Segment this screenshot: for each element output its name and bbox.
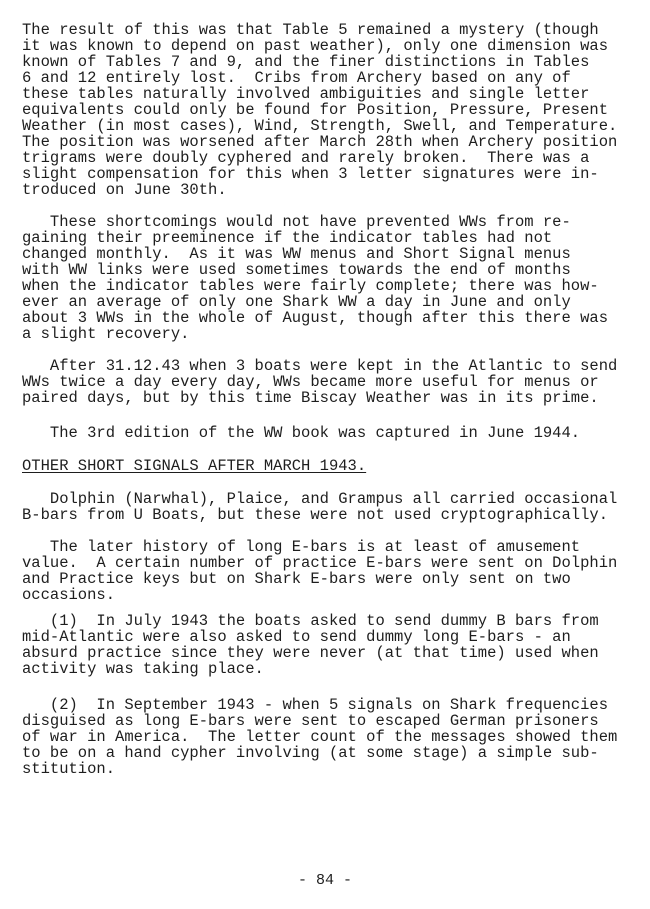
text-line: The 3rd edition of the WW book was captu… bbox=[22, 425, 642, 441]
text-line: known of Tables 7 and 9, and the finer d… bbox=[22, 54, 642, 70]
text-line: activity was taking place. bbox=[22, 661, 642, 677]
text-line: Weather (in most cases), Wind, Strength,… bbox=[22, 118, 642, 134]
text-line: OTHER SHORT SIGNALS AFTER MARCH 1943. bbox=[22, 458, 642, 474]
text-line: equivalents could only be found for Posi… bbox=[22, 102, 642, 118]
text-line: troduced on June 30th. bbox=[22, 182, 642, 198]
text-line: paired days, but by this time Biscay Wea… bbox=[22, 390, 642, 406]
text-line: 6 and 12 entirely lost. Cribs from Arche… bbox=[22, 70, 642, 86]
text-line: a slight recovery. bbox=[22, 326, 642, 342]
text-line: (1) In July 1943 the boats asked to send… bbox=[22, 613, 642, 629]
text-line: slight compensation for this when 3 lett… bbox=[22, 166, 642, 182]
paragraph-long-e-bars: The later history of long E-bars is at l… bbox=[22, 539, 642, 603]
text-line: of war in America. The letter count of t… bbox=[22, 729, 642, 745]
paragraph-3rd-edition: The 3rd edition of the WW book was captu… bbox=[22, 425, 642, 441]
paragraph-shortcomings: These shortcomings would not have preven… bbox=[22, 214, 642, 342]
paragraph-after-31-12-43: After 31.12.43 when 3 boats were kept in… bbox=[22, 358, 642, 406]
paragraph-table-mystery: The result of this was that Table 5 rema… bbox=[22, 22, 642, 198]
page-number: - 84 - bbox=[0, 872, 650, 889]
text-line: B-bars from U Boats, but these were not … bbox=[22, 507, 642, 523]
text-line: and Practice keys but on Shark E-bars we… bbox=[22, 571, 642, 587]
text-line: WWs twice a day every day, WWs became mo… bbox=[22, 374, 642, 390]
text-line: it was known to depend on past weather),… bbox=[22, 38, 642, 54]
paragraph-dolphin: Dolphin (Narwhal), Plaice, and Grampus a… bbox=[22, 491, 642, 523]
text-line: Dolphin (Narwhal), Plaice, and Grampus a… bbox=[22, 491, 642, 507]
text-line: ever an average of only one Shark WW a d… bbox=[22, 294, 642, 310]
text-line: The later history of long E-bars is at l… bbox=[22, 539, 642, 555]
text-line: value. A certain number of practice E-ba… bbox=[22, 555, 642, 571]
text-line: when the indicator tables were fairly co… bbox=[22, 278, 642, 294]
text-line: these tables naturally involved ambiguit… bbox=[22, 86, 642, 102]
text-line: trigrams were doubly cyphered and rarely… bbox=[22, 150, 642, 166]
text-line: mid-Atlantic were also asked to send dum… bbox=[22, 629, 642, 645]
text-line: gaining their preeminence if the indicat… bbox=[22, 230, 642, 246]
document-page: The result of this was that Table 5 rema… bbox=[0, 0, 650, 909]
text-line: (2) In September 1943 - when 5 signals o… bbox=[22, 697, 642, 713]
text-line: These shortcomings would not have preven… bbox=[22, 214, 642, 230]
text-line: The position was worsened after March 28… bbox=[22, 134, 642, 150]
text-line: occasions. bbox=[22, 587, 642, 603]
text-line: with WW links were used sometimes toward… bbox=[22, 262, 642, 278]
text-line: to be on a hand cypher involving (at som… bbox=[22, 745, 642, 761]
text-line: changed monthly. As it was WW menus and … bbox=[22, 246, 642, 262]
text-line: After 31.12.43 when 3 boats were kept in… bbox=[22, 358, 642, 374]
text-line: disguised as long E-bars were sent to es… bbox=[22, 713, 642, 729]
paragraph-item-2: (2) In September 1943 - when 5 signals o… bbox=[22, 697, 642, 777]
paragraph-item-1: (1) In July 1943 the boats asked to send… bbox=[22, 613, 642, 677]
text-line: absurd practice since they were never (a… bbox=[22, 645, 642, 661]
text-line: stitution. bbox=[22, 761, 642, 777]
text-line: about 3 WWs in the whole of August, thou… bbox=[22, 310, 642, 326]
text-line: The result of this was that Table 5 rema… bbox=[22, 22, 642, 38]
section-heading: OTHER SHORT SIGNALS AFTER MARCH 1943. bbox=[22, 458, 642, 474]
